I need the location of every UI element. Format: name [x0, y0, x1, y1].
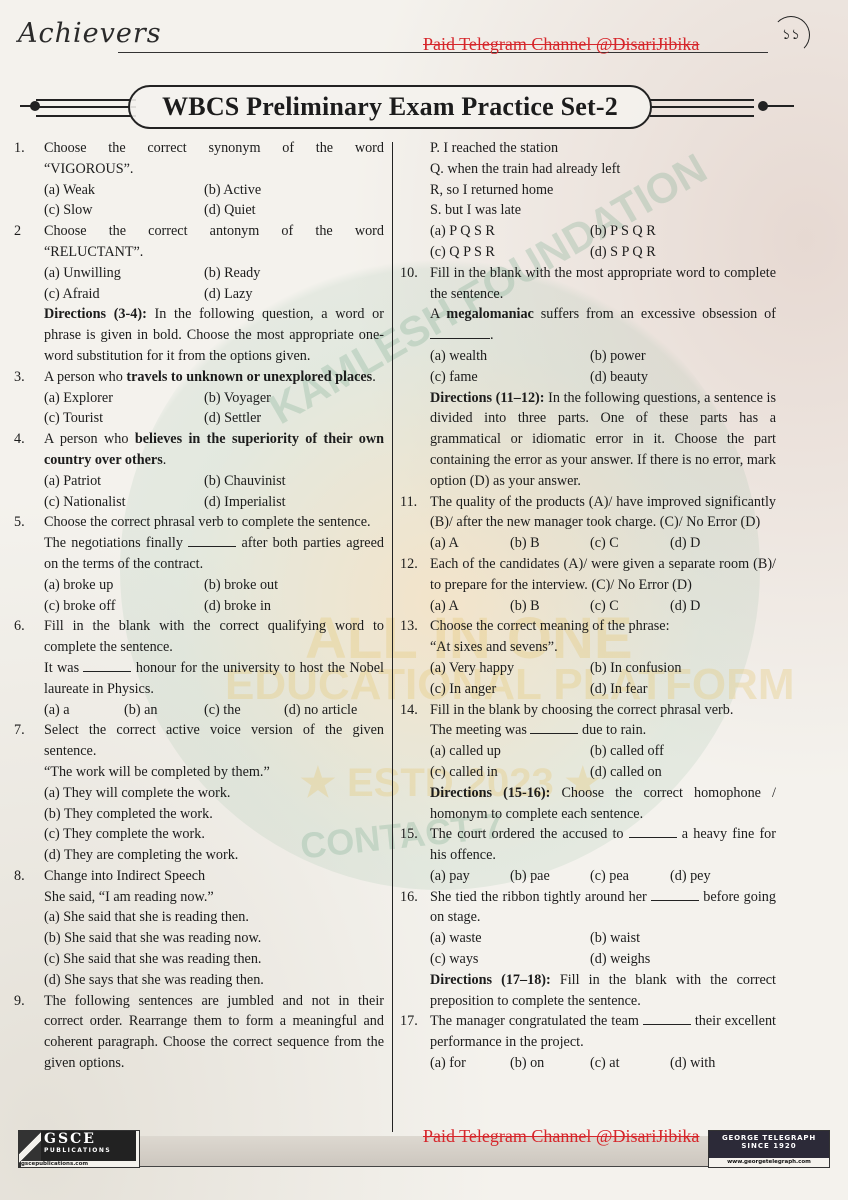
options: (a) Very happy(b) In confusion (c) In an…: [430, 658, 776, 700]
question-4: 4. A person who believes in the superior…: [14, 429, 384, 512]
options: (a) called up(b) called off (c) called i…: [430, 741, 776, 783]
blank: [629, 825, 677, 838]
question-text: Fill in the blank with the correct quali…: [44, 616, 384, 658]
options: (a) broke up(b) broke out (c) broke off(…: [44, 575, 384, 617]
publisher-url: gscepublications.com: [21, 1161, 137, 1167]
george-telegraph-logo: GEORGE TELEGRAPH SINCE 1920 www.georgete…: [708, 1130, 830, 1168]
options: (a) wealth(b) power (c) fame(d) beauty: [430, 346, 776, 388]
options: (a) a(b) an (c) the(d) no article: [44, 700, 384, 721]
options: (a) pay(b) pae (c) pea(d) pey: [430, 866, 776, 887]
title-banner: WBCS Preliminary Exam Practice Set-2: [28, 85, 808, 131]
question-text: Choose the correct phrasal verb to compl…: [44, 512, 384, 533]
page-footer: GSCE PUBLICATIONS gscepublications.com P…: [18, 1128, 828, 1168]
question-13: 13. Choose the correct meaning of the ph…: [400, 616, 776, 699]
question-11: 11. The quality of the products (A)/ hav…: [400, 492, 776, 554]
ornament: [650, 99, 754, 117]
blank: [188, 534, 236, 547]
page-number: ১১: [772, 16, 810, 54]
options: (a) for(b) on (c) at(d) with: [430, 1053, 776, 1074]
question-8: 8. Change into Indirect Speech She said,…: [14, 866, 384, 991]
question-7: 7. Select the correct active voice versi…: [14, 720, 384, 866]
blank: [530, 721, 578, 734]
options: (a) Explorer(b) Voyager (c) Tourist(d) S…: [44, 388, 384, 430]
question-6: 6. Fill in the blank with the correct qu…: [14, 616, 384, 720]
directions-17-18: Directions (17–18): Fill in the blank wi…: [400, 970, 776, 1012]
blank: [651, 888, 699, 901]
blank: [430, 326, 490, 339]
options: (a) A(b) B (c) C(d) D: [430, 596, 776, 617]
question-text: The quality of the products (A)/ have im…: [430, 492, 776, 534]
question-text: Choose the correct meaning of the phrase…: [430, 616, 776, 637]
question-text: Fill in the blank with the most appropri…: [430, 263, 776, 305]
question-12: 12. Each of the candidates (A)/ were giv…: [400, 554, 776, 616]
question-14: 14. Fill in the blank by choosing the co…: [400, 700, 776, 783]
gsce-publications-logo: GSCE PUBLICATIONS gscepublications.com: [18, 1130, 140, 1168]
left-column: 1. Choose the correct synonym of the wor…: [14, 138, 384, 1074]
page-header: Achievers Paid Telegram Channel @DisariJ…: [18, 18, 828, 58]
options: (a) Patriot(b) Chauvinist (c) Nationalis…: [44, 471, 384, 513]
question-3: 3. A person who travels to unknown or un…: [14, 367, 384, 429]
question-9-parts: P. I reached the station Q. when the tra…: [400, 138, 776, 263]
blank: [83, 659, 131, 672]
publisher-url: www.georgetelegraph.com: [709, 1158, 829, 1167]
question-text: Choose the correct synonym of the word “…: [44, 138, 384, 180]
question-text: Choose the correct antonym of the word “…: [44, 221, 384, 263]
question-9: 9. The following sentences are jumbled a…: [14, 991, 384, 1074]
options: (a) A(b) B (c) C(d) D: [430, 533, 776, 554]
question-text: The following sentences are jumbled and …: [44, 991, 384, 1074]
question-text: Select the correct active voice version …: [44, 720, 384, 762]
telegram-watermark: Paid Telegram Channel @DisariJibika: [423, 34, 699, 55]
ornament: [36, 99, 136, 117]
blank: [643, 1012, 691, 1025]
ornament: [766, 105, 794, 107]
question-16: 16. She tied the ribbon tightly around h…: [400, 887, 776, 970]
right-column: P. I reached the station Q. when the tra…: [400, 138, 776, 1074]
directions-11-12: Directions (11–12): In the following que…: [400, 388, 776, 492]
directions-15-16: Directions (15-16): Choose the correct h…: [400, 783, 776, 825]
options: (a) waste(b) waist (c) ways(d) weighs: [430, 928, 776, 970]
page-title: WBCS Preliminary Exam Practice Set-2: [128, 85, 652, 129]
question-5: 5. Choose the correct phrasal verb to co…: [14, 512, 384, 616]
question-2: 2 Choose the correct antonym of the word…: [14, 221, 384, 304]
brand-name: Achievers: [18, 18, 162, 49]
column-divider: [392, 142, 393, 1132]
options: (a) Unwilling(b) Ready (c) Afraid(d) Laz…: [44, 263, 384, 305]
question-10: 10. Fill in the blank with the most appr…: [400, 263, 776, 388]
question-15: 15. The court ordered the accused to a h…: [400, 824, 776, 886]
question-text: Fill in the blank by choosing the correc…: [430, 700, 776, 721]
options: (a) P Q S R(b) P S Q R (c) Q P S R(d) S …: [430, 221, 776, 263]
question-17: 17. The manager congratulated the team t…: [400, 1011, 776, 1073]
question-1: 1. Choose the correct synonym of the wor…: [14, 138, 384, 221]
directions-3-4: Directions (3-4): In the following quest…: [14, 304, 384, 366]
options: (a) Weak(b) Active (c) Slow(d) Quiet: [44, 180, 384, 222]
telegram-watermark: Paid Telegram Channel @DisariJibika: [423, 1126, 699, 1147]
question-text: Change into Indirect Speech: [44, 866, 384, 887]
question-text: Each of the candidates (A)/ were given a…: [430, 554, 776, 596]
